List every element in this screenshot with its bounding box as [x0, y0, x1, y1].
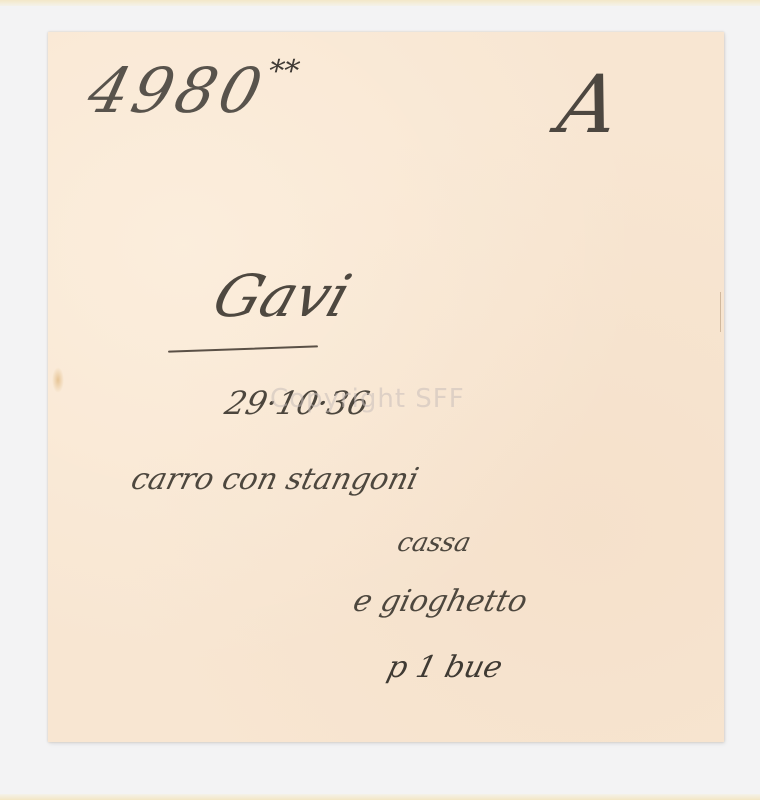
scan-top-edge: [0, 0, 760, 6]
scan-bottom-edge: [0, 794, 760, 800]
catalog-number: 4980**: [81, 54, 303, 127]
series-letter: A: [552, 58, 626, 151]
description-line-3: e gioghetto: [350, 584, 531, 619]
archival-card: 4980** A Gavi 29·10·36 Copyright SFF car…: [48, 32, 724, 742]
copyright-watermark: Copyright SFF: [270, 384, 465, 414]
place-flourish: [168, 345, 318, 352]
catalog-number-value: 4980: [81, 54, 273, 127]
paper-stain: [52, 367, 64, 393]
description-line-4: p 1 bue: [384, 650, 506, 685]
description-line-2: cassa: [394, 528, 474, 558]
paper-crease: [720, 292, 721, 332]
place-name: Gavi: [205, 262, 359, 330]
description-line-1: carro con stangoni: [128, 462, 422, 497]
